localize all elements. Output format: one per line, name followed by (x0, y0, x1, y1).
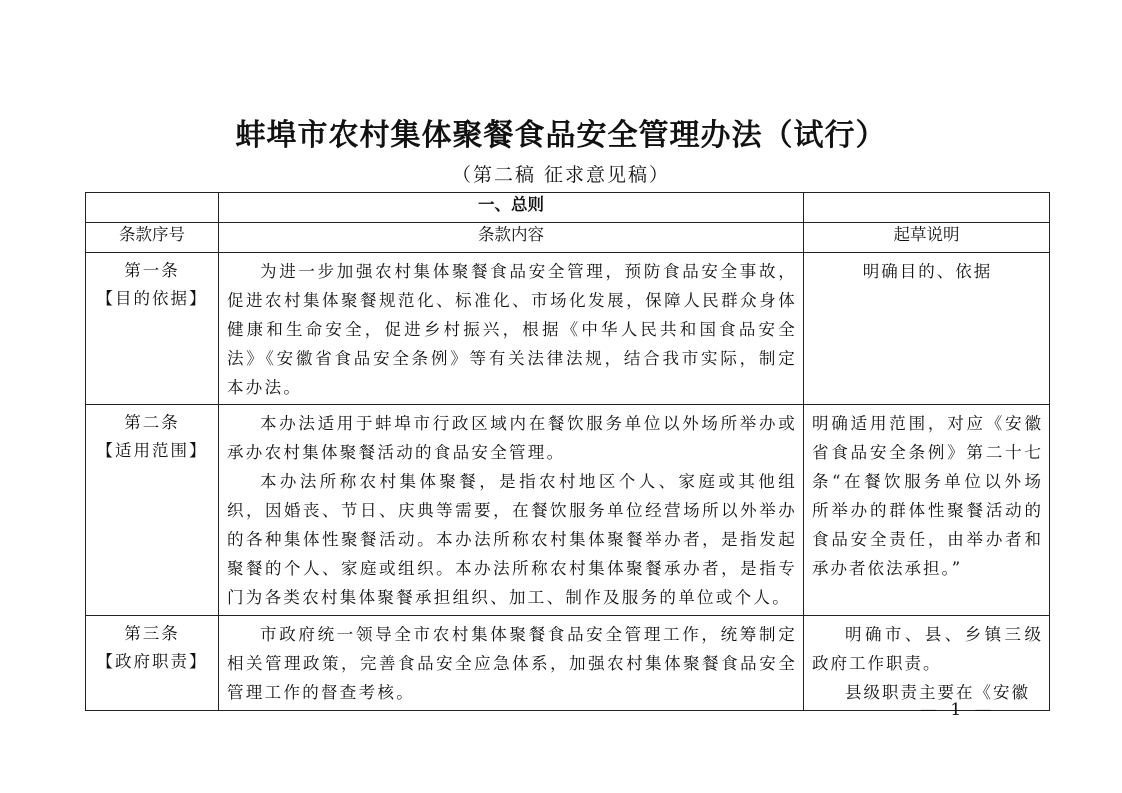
content-cell: 本办法适用于蚌埠市行政区域内在餐饮服务单位以外场所举办或承办农村集体聚餐活动的食… (219, 405, 804, 616)
section-blank-cell (86, 193, 219, 223)
content-paragraph: 本办法所称农村集体聚餐，是指农村地区个人、家庭或其他组织，因婚丧、节日、庆典等需… (227, 467, 797, 612)
header-article-no: 条款序号 (86, 223, 219, 253)
article-topic: 【适用范围】 (86, 437, 218, 465)
content-cell: 为进一步加强农村集体聚餐食品安全管理，预防食品安全事故，促进农村集体聚餐规范化、… (219, 253, 804, 405)
article-number: 第三条 (86, 620, 218, 648)
content-paragraph: 本办法适用于蚌埠市行政区域内在餐饮服务单位以外场所举办或承办农村集体聚餐活动的食… (227, 409, 797, 467)
table-row: 第二条 【适用范围】 本办法适用于蚌埠市行政区域内在餐饮服务单位以外场所举办或承… (86, 405, 1050, 616)
article-number: 第一条 (86, 257, 218, 285)
regulation-table: 一、总则 条款序号 条款内容 起草说明 第一条 【目的依据】 为进一步加强农村集… (85, 192, 1050, 711)
notes-paragraph: 明确目的、依据 (812, 257, 1043, 286)
article-topic: 【政府职责】 (86, 648, 218, 676)
header-row: 条款序号 条款内容 起草说明 (86, 223, 1050, 253)
header-content: 条款内容 (219, 223, 804, 253)
notes-paragraph: 明确市、县、乡镇三级政府工作职责。 (812, 620, 1043, 678)
content-paragraph: 为进一步加强农村集体聚餐食品安全管理，预防食品安全事故，促进农村集体聚餐规范化、… (227, 257, 797, 402)
notes-paragraph: 明确适用范围，对应《安徽省食品安全条例》第二十七条“在餐饮服务单位以外场所举办的… (812, 409, 1043, 583)
page-number: — 1 — (920, 700, 996, 720)
article-cell: 第一条 【目的依据】 (86, 253, 219, 405)
article-number: 第二条 (86, 409, 218, 437)
notes-cell: 明确适用范围，对应《安徽省食品安全条例》第二十七条“在餐饮服务单位以外场所举办的… (804, 405, 1050, 616)
header-notes: 起草说明 (804, 223, 1050, 253)
notes-cell: 明确目的、依据 (804, 253, 1050, 405)
section-row: 一、总则 (86, 193, 1050, 223)
document-title: 蚌埠市农村集体聚餐食品安全管理办法（试行） (0, 110, 1122, 154)
article-cell: 第三条 【政府职责】 (86, 616, 219, 711)
content-cell: 市政府统一领导全市农村集体聚餐食品安全管理工作，统筹制定相关管理政策，完善食品安… (219, 616, 804, 711)
table-row: 第三条 【政府职责】 市政府统一领导全市农村集体聚餐食品安全管理工作，统筹制定相… (86, 616, 1050, 711)
section-title: 一、总则 (219, 193, 804, 223)
document-subtitle: （第二稿 征求意见稿） (0, 160, 1122, 187)
section-blank-cell (804, 193, 1050, 223)
notes-cell: 明确市、县、乡镇三级政府工作职责。 县级职责主要在《安徽 (804, 616, 1050, 711)
article-cell: 第二条 【适用范围】 (86, 405, 219, 616)
content-paragraph: 市政府统一领导全市农村集体聚餐食品安全管理工作，统筹制定相关管理政策，完善食品安… (227, 620, 797, 707)
table-row: 第一条 【目的依据】 为进一步加强农村集体聚餐食品安全管理，预防食品安全事故，促… (86, 253, 1050, 405)
article-topic: 【目的依据】 (86, 285, 218, 313)
